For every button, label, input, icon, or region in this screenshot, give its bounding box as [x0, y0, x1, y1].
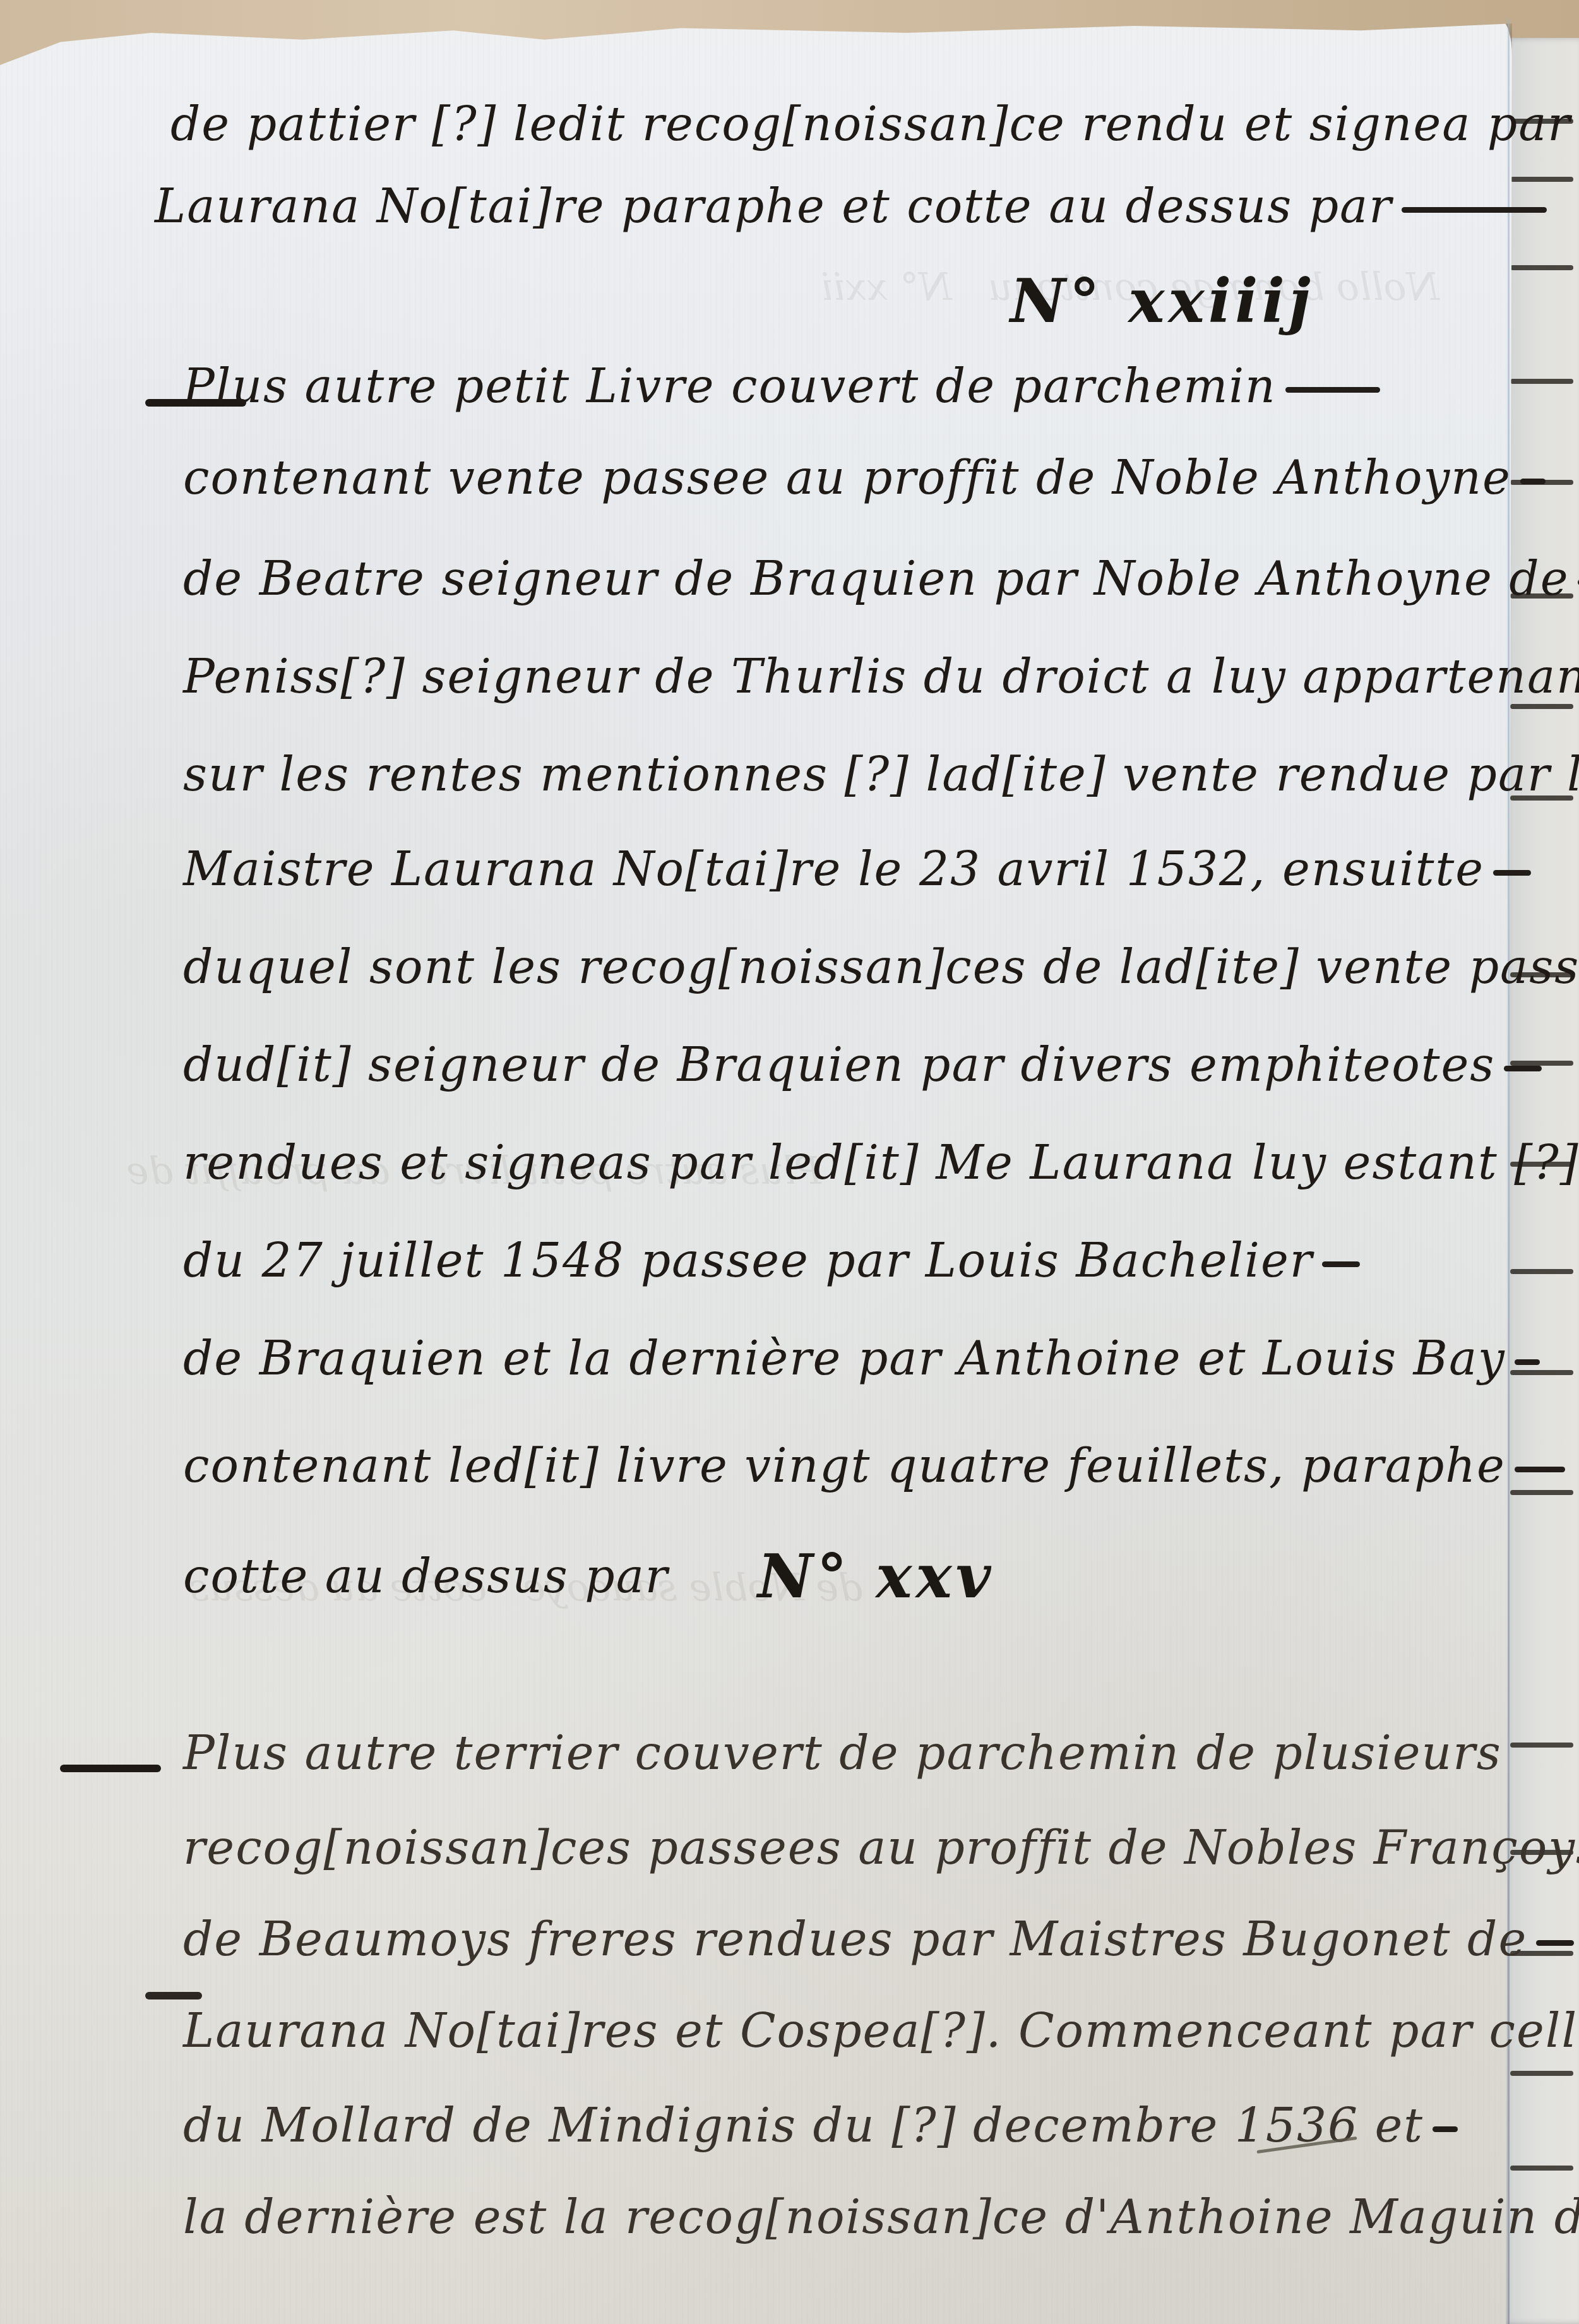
- entry-1-line-2: Laurana No[tai]re paraphe et cotte au de…: [155, 183, 1547, 230]
- entry-lead-dash: [145, 1992, 202, 1999]
- line-text: dud[it] seigneur de Braquien par divers …: [183, 1038, 1495, 1092]
- entry-2-line-1: Plus autre petit Livre couvert de parche…: [183, 363, 1380, 410]
- entry-2-line-8: dud[it] seigneur de Braquien par divers …: [183, 1042, 1542, 1088]
- entry-2-line-5: sur les rentes mentionnes [?] lad[ite] v…: [183, 751, 1579, 798]
- line-text: de Beaumoys freres rendues par Maistres …: [183, 1912, 1527, 1967]
- entry-3-line-4: Laurana No[tai]res et Cospea[?]. Commenc…: [183, 2008, 1579, 2054]
- line-text: contenant vente passee au proffit de Nob…: [183, 451, 1511, 505]
- line-text: de Braquien et la dernière par Anthoine …: [183, 1332, 1506, 1386]
- line-text: du 27 juillet 1548 passee par Louis Bach…: [183, 1234, 1313, 1288]
- photo-scene: Nollo bonmge conttonu N° xxii Plus autre…: [0, 0, 1579, 2324]
- entry-3-line-2: recog[noissan]ces passees au proffit de …: [183, 1825, 1579, 1871]
- entry-2-number: N° xxv: [758, 1540, 994, 1612]
- entry-2-line-4: Peniss[?] seigneur de Thurlis du droict …: [183, 653, 1579, 700]
- margin-dash: [1510, 2071, 1573, 2076]
- line-filler: [1515, 1467, 1565, 1472]
- entry-1-number: N° xxiiij: [1010, 265, 1314, 337]
- line-filler: [1493, 870, 1531, 876]
- entry-2-line-11: de Braquien et la dernière par Anthoine …: [183, 1335, 1540, 1382]
- line-filler: [1433, 2126, 1458, 2132]
- entry-lead-dash: [60, 1765, 161, 1772]
- line-text: Laurana No[tai]re paraphe et cotte au de…: [155, 179, 1393, 234]
- margin-dash: [1510, 1490, 1573, 1495]
- line-text: du Mollard de Mindignis du [?] decembre …: [183, 2099, 1424, 2153]
- entry-2-line-12: contenant led[it] livre vingt quatre feu…: [183, 1443, 1565, 1489]
- line-text: la dernière est la recog[noissan]ce d'An…: [183, 2190, 1579, 2244]
- line-filler: [1322, 1261, 1360, 1267]
- line-text: recog[noissan]ces passees au proffit de …: [183, 1821, 1579, 1875]
- manuscript-text: Nollo bonmge conttonu N° xxii Plus autre…: [0, 0, 1512, 2324]
- margin-dash: [1510, 1269, 1573, 1274]
- entry-1-line-1: de pattier [?] ledit recog[noissan]ce re…: [170, 101, 1579, 148]
- margin-dash: [1510, 177, 1573, 182]
- entry-2-line-10: du 27 juillet 1548 passee par Louis Bach…: [183, 1237, 1360, 1284]
- margin-dash: [1510, 265, 1573, 270]
- line-text: duquel sont les recog[noissan]ces de lad…: [183, 940, 1579, 994]
- entry-2-line-6: Maistre Laurana No[tai]re le 23 avril 15…: [183, 846, 1531, 893]
- line-text: Plus autre petit Livre couvert de parche…: [183, 359, 1277, 414]
- line-filler: [1536, 1940, 1574, 1946]
- margin-dash: [1510, 1743, 1573, 1748]
- entry-2-line-2: contenant vente passee au proffit de Nob…: [183, 455, 1546, 501]
- margin-dash: [1510, 2166, 1573, 2171]
- line-text: cotte au dessus par: [183, 1549, 669, 1604]
- entry-3-line-6: la dernière est la recog[noissan]ce d'An…: [183, 2194, 1579, 2241]
- margin-dash: [1510, 704, 1573, 709]
- entry-2-line-3: de Beatre seigneur de Braquien par Noble…: [183, 556, 1579, 602]
- line-filler: [1520, 479, 1546, 484]
- entry-2-line-9: rendues et signeas par led[it] Me Lauran…: [183, 1140, 1579, 1186]
- line-text: Laurana No[tai]res et Cospea[?]. Commenc…: [183, 2004, 1579, 2058]
- margin-dash: [1510, 379, 1573, 384]
- line-text: sur les rentes mentionnes [?] lad[ite] v…: [183, 748, 1579, 802]
- line-text: contenant led[it] livre vingt quatre feu…: [183, 1439, 1506, 1493]
- entry-3-line-5: du Mollard de Mindignis du [?] decembre …: [183, 2102, 1458, 2149]
- entry-3-line-1: Plus autre terrier couvert de parchemin …: [183, 1730, 1502, 1777]
- line-text: Plus autre terrier couvert de parchemin …: [183, 1726, 1502, 1780]
- entry-3-line-3: de Beaumoys freres rendues par Maistres …: [183, 1916, 1574, 1963]
- line-text: rendues et signeas par led[it] Me Lauran…: [183, 1136, 1579, 1190]
- line-text: Maistre Laurana No[tai]re le 23 avril 15…: [183, 842, 1484, 897]
- line-filler: [1285, 387, 1380, 393]
- line-text: de Beatre seigneur de Braquien par Noble…: [183, 552, 1569, 606]
- entry-2-line-7: duquel sont les recog[noissan]ces de lad…: [183, 944, 1579, 991]
- line-text: de pattier [?] ledit recog[noissan]ce re…: [170, 97, 1579, 152]
- line-filler: [1504, 1066, 1542, 1071]
- line-filler: [1402, 207, 1547, 213]
- line-text: Peniss[?] seigneur de Thurlis du droict …: [183, 650, 1579, 704]
- line-filler: [1515, 1359, 1540, 1365]
- entry-2-line-13: cotte au dessus par: [183, 1553, 669, 1600]
